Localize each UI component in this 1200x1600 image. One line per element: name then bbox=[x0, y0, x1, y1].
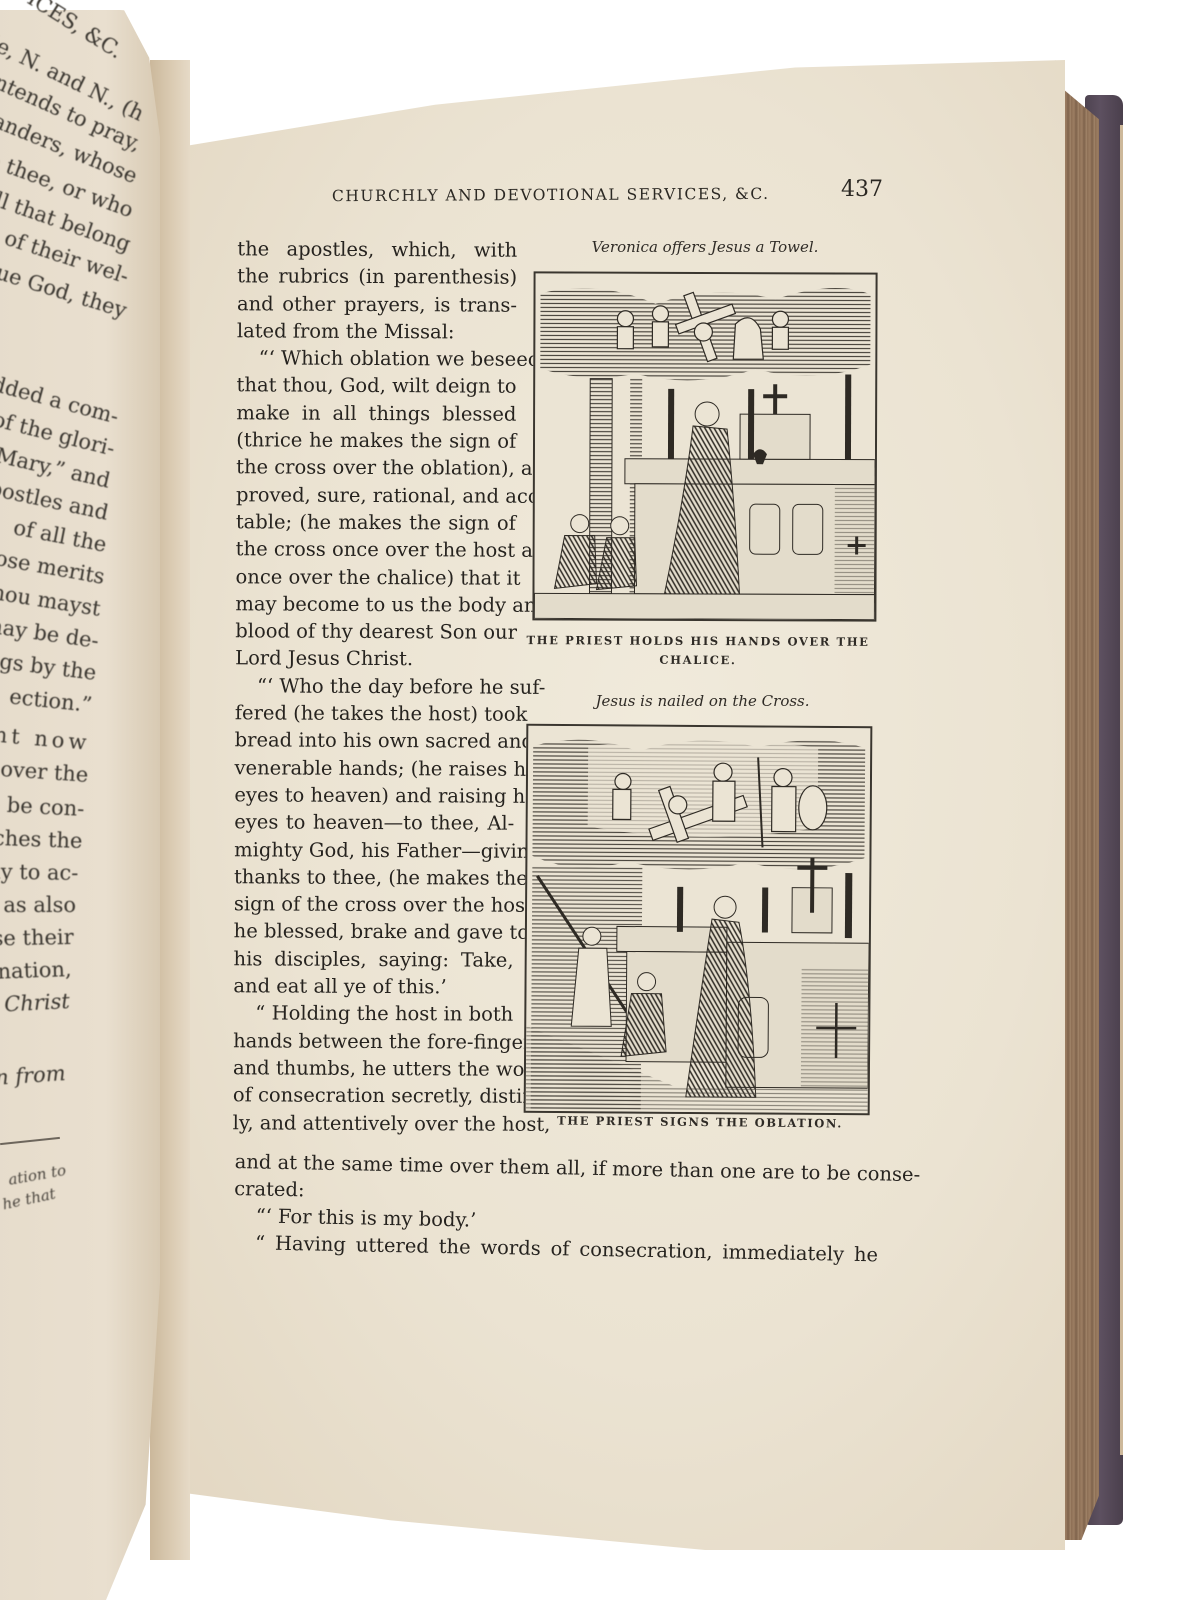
figure-1-engraving bbox=[532, 271, 877, 621]
text-line: fered (he takes the host) took bbox=[235, 699, 515, 728]
left-line: eeches the bbox=[0, 822, 83, 857]
figure-1-title: Veronica offers Jesus a Towel. bbox=[520, 238, 890, 256]
text-line: mighty God, his Father—giving bbox=[234, 836, 514, 865]
left-line: nnation, bbox=[0, 954, 73, 989]
figure-2-title: Jesus is nailed on the Cross. bbox=[520, 692, 885, 710]
text-line: of consecration secretly, distinct- bbox=[233, 1081, 513, 1110]
text-line: “‘ Which oblation we beseech bbox=[237, 344, 517, 373]
text-line: blood of thy dearest Son our bbox=[235, 617, 515, 646]
figure-1-caption: THE PRIEST HOLDS HIS HANDS OVER THE CHAL… bbox=[513, 631, 883, 671]
text-line: table; (he makes the sign of bbox=[236, 508, 516, 537]
figure-2-caption-line: THE PRIEST SIGNS THE OBLATION. bbox=[530, 1111, 870, 1134]
figure-2-engraving bbox=[524, 724, 873, 1115]
figure-1-caption-line: CHALICE. bbox=[513, 650, 883, 671]
text-line: and thumbs, he utters the words bbox=[233, 1054, 513, 1083]
text-line: proved, sure, rational, and accep- bbox=[236, 481, 516, 510]
text-line: “ Holding the host in both bbox=[233, 1000, 513, 1029]
figure-1-caption-line: THE PRIEST HOLDS HIS HANDS OVER THE bbox=[513, 631, 883, 652]
text-line: hands between the fore-fingers bbox=[233, 1027, 513, 1056]
text-line: the rubrics (in parenthesis) bbox=[237, 263, 517, 292]
cover-edge-highlight bbox=[1120, 125, 1123, 1455]
text-line: his disciples, saying: Take, bbox=[234, 945, 514, 974]
left-line: ly to ac- bbox=[0, 857, 78, 890]
body-full-width: and at the same time over them all, if m… bbox=[233, 1148, 880, 1268]
left-line: ant now bbox=[0, 718, 91, 759]
left-line: “ as also bbox=[0, 890, 76, 922]
text-line: may become to us the body and bbox=[235, 590, 515, 619]
page-number: 437 bbox=[841, 177, 883, 202]
text-line: he blessed, brake and gave to bbox=[234, 918, 514, 947]
body-column: the apostles, which, withthe rubrics (in… bbox=[233, 235, 518, 1137]
left-line: ose their bbox=[0, 922, 74, 955]
left-page-text: ICES, &C. ide, N. and N., (h he intends … bbox=[0, 40, 160, 1240]
text-line: once over the chalice) that it bbox=[236, 563, 516, 592]
priest-at-altar-illustration bbox=[534, 273, 875, 619]
text-line: the cross once over the host and bbox=[236, 536, 516, 565]
left-line: n Christ bbox=[0, 986, 71, 1022]
text-line: bread into his own sacred and bbox=[235, 727, 515, 756]
left-line: ls over the bbox=[0, 752, 89, 791]
text-line: (thrice he makes the sign of bbox=[236, 426, 516, 455]
text-line: lated from the Missal: bbox=[237, 317, 517, 346]
text-line: that thou, God, wilt deign to bbox=[237, 372, 517, 401]
text-line: and other prayers, is trans- bbox=[237, 290, 517, 319]
text-line: ly, and attentively over the host, bbox=[233, 1109, 513, 1138]
text-line: the cross over the oblation), ap- bbox=[236, 454, 516, 483]
crucifixion-vision-illustration bbox=[526, 726, 871, 1113]
left-line: to be con- bbox=[0, 789, 85, 826]
text-line: eyes to heaven) and raising his bbox=[234, 781, 514, 810]
figure-2-caption: THE PRIEST SIGNS THE OBLATION. bbox=[530, 1111, 870, 1134]
running-head: CHURCHLY AND DEVOTIONAL SERVICES, &C. bbox=[332, 185, 770, 205]
text-line: Lord Jesus Christ. bbox=[235, 645, 515, 674]
text-line: eyes to heaven—to thee, Al- bbox=[234, 808, 514, 837]
text-line: thanks to thee, (he makes the bbox=[234, 863, 514, 892]
text-line: “‘ Who the day before he suf- bbox=[235, 672, 515, 701]
text-line: and eat all ye of this.’ bbox=[233, 972, 513, 1001]
text-line: make in all things blessed bbox=[236, 399, 516, 428]
text-line: venerable hands; (he raises his bbox=[235, 754, 515, 783]
text-line: the apostles, which, with bbox=[237, 235, 517, 264]
text-line: sign of the cross over the host) bbox=[234, 890, 514, 919]
left-line: n from bbox=[0, 1058, 67, 1094]
